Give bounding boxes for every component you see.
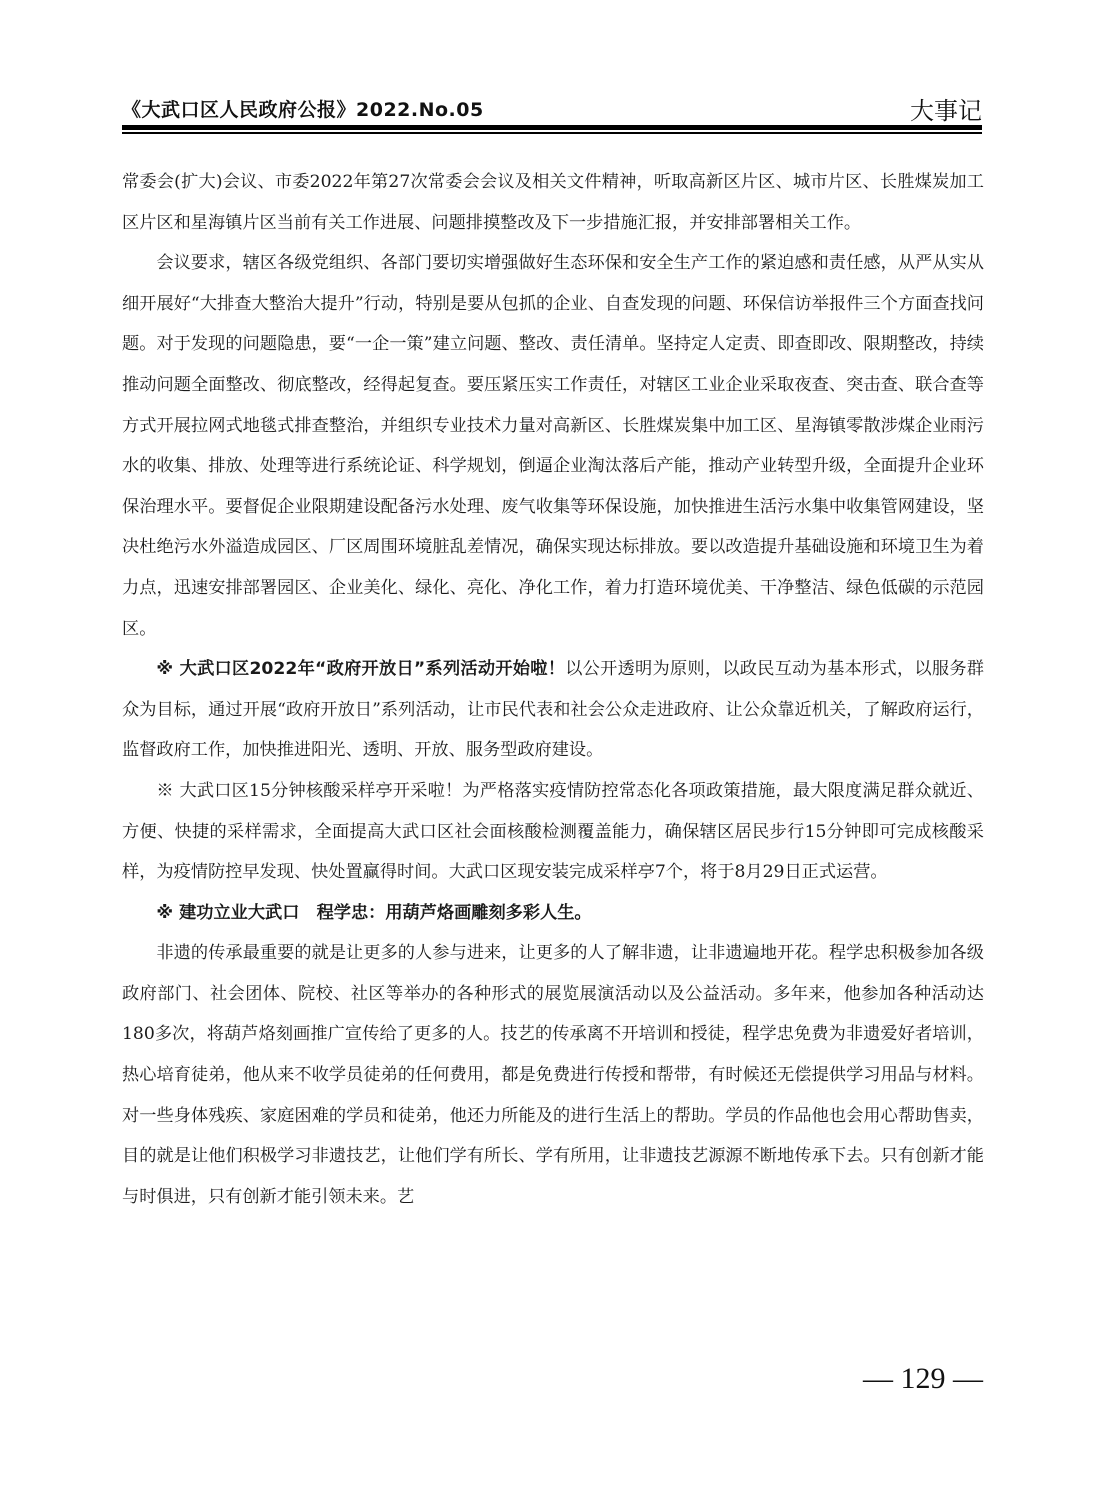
news-headline: ※ 大武口区2022年“政府开放日”系列活动开始啦！ xyxy=(156,659,565,679)
paragraph-feature-headline: ※ 建功立业大武口 程学忠：用葫芦烙画雕刻多彩人生。 xyxy=(122,893,984,934)
paragraph-continuation: 常委会(扩大)会议、市委2022年第27次常委会会议及相关文件精神，听取高新区片… xyxy=(122,162,984,243)
page-header: 《大武口区人民政府公报》2022.No.05 大事记 xyxy=(122,95,982,121)
body-text: 常委会(扩大)会议、市委2022年第27次常委会会议及相关文件精神，听取高新区片… xyxy=(122,162,984,1217)
header-rule-thick xyxy=(122,125,982,130)
news-headline: ※ 建功立业大武口 程学忠：用葫芦烙画雕刻多彩人生。 xyxy=(156,903,591,923)
paragraph-heritage: 非遗的传承最重要的就是让更多的人参与进来，让更多的人了解非遗，让非遗遍地开花。程… xyxy=(122,933,984,1217)
section-title: 大事记 xyxy=(910,91,982,126)
publication-title: 《大武口区人民政府公报》2022.No.05 xyxy=(122,95,484,122)
paragraph-meeting-requirements: 会议要求，辖区各级党组织、各部门要切实增强做好生态环保和安全生产工作的紧迫感和责… xyxy=(122,243,984,649)
page-number: — 129 — xyxy=(863,1362,983,1396)
document-page: 《大武口区人民政府公报》2022.No.05 大事记 常委会(扩大)会议、市委2… xyxy=(0,0,1105,1489)
paragraph-sampling-booth: ※ 大武口区15分钟核酸采样亭开采啦！为严格落实疫情防控常态化各项政策措施，最大… xyxy=(122,771,984,893)
paragraph-open-day: ※ 大武口区2022年“政府开放日”系列活动开始啦！以公开透明为原则，以政民互动… xyxy=(122,649,984,771)
header-rule-thin xyxy=(122,132,982,134)
